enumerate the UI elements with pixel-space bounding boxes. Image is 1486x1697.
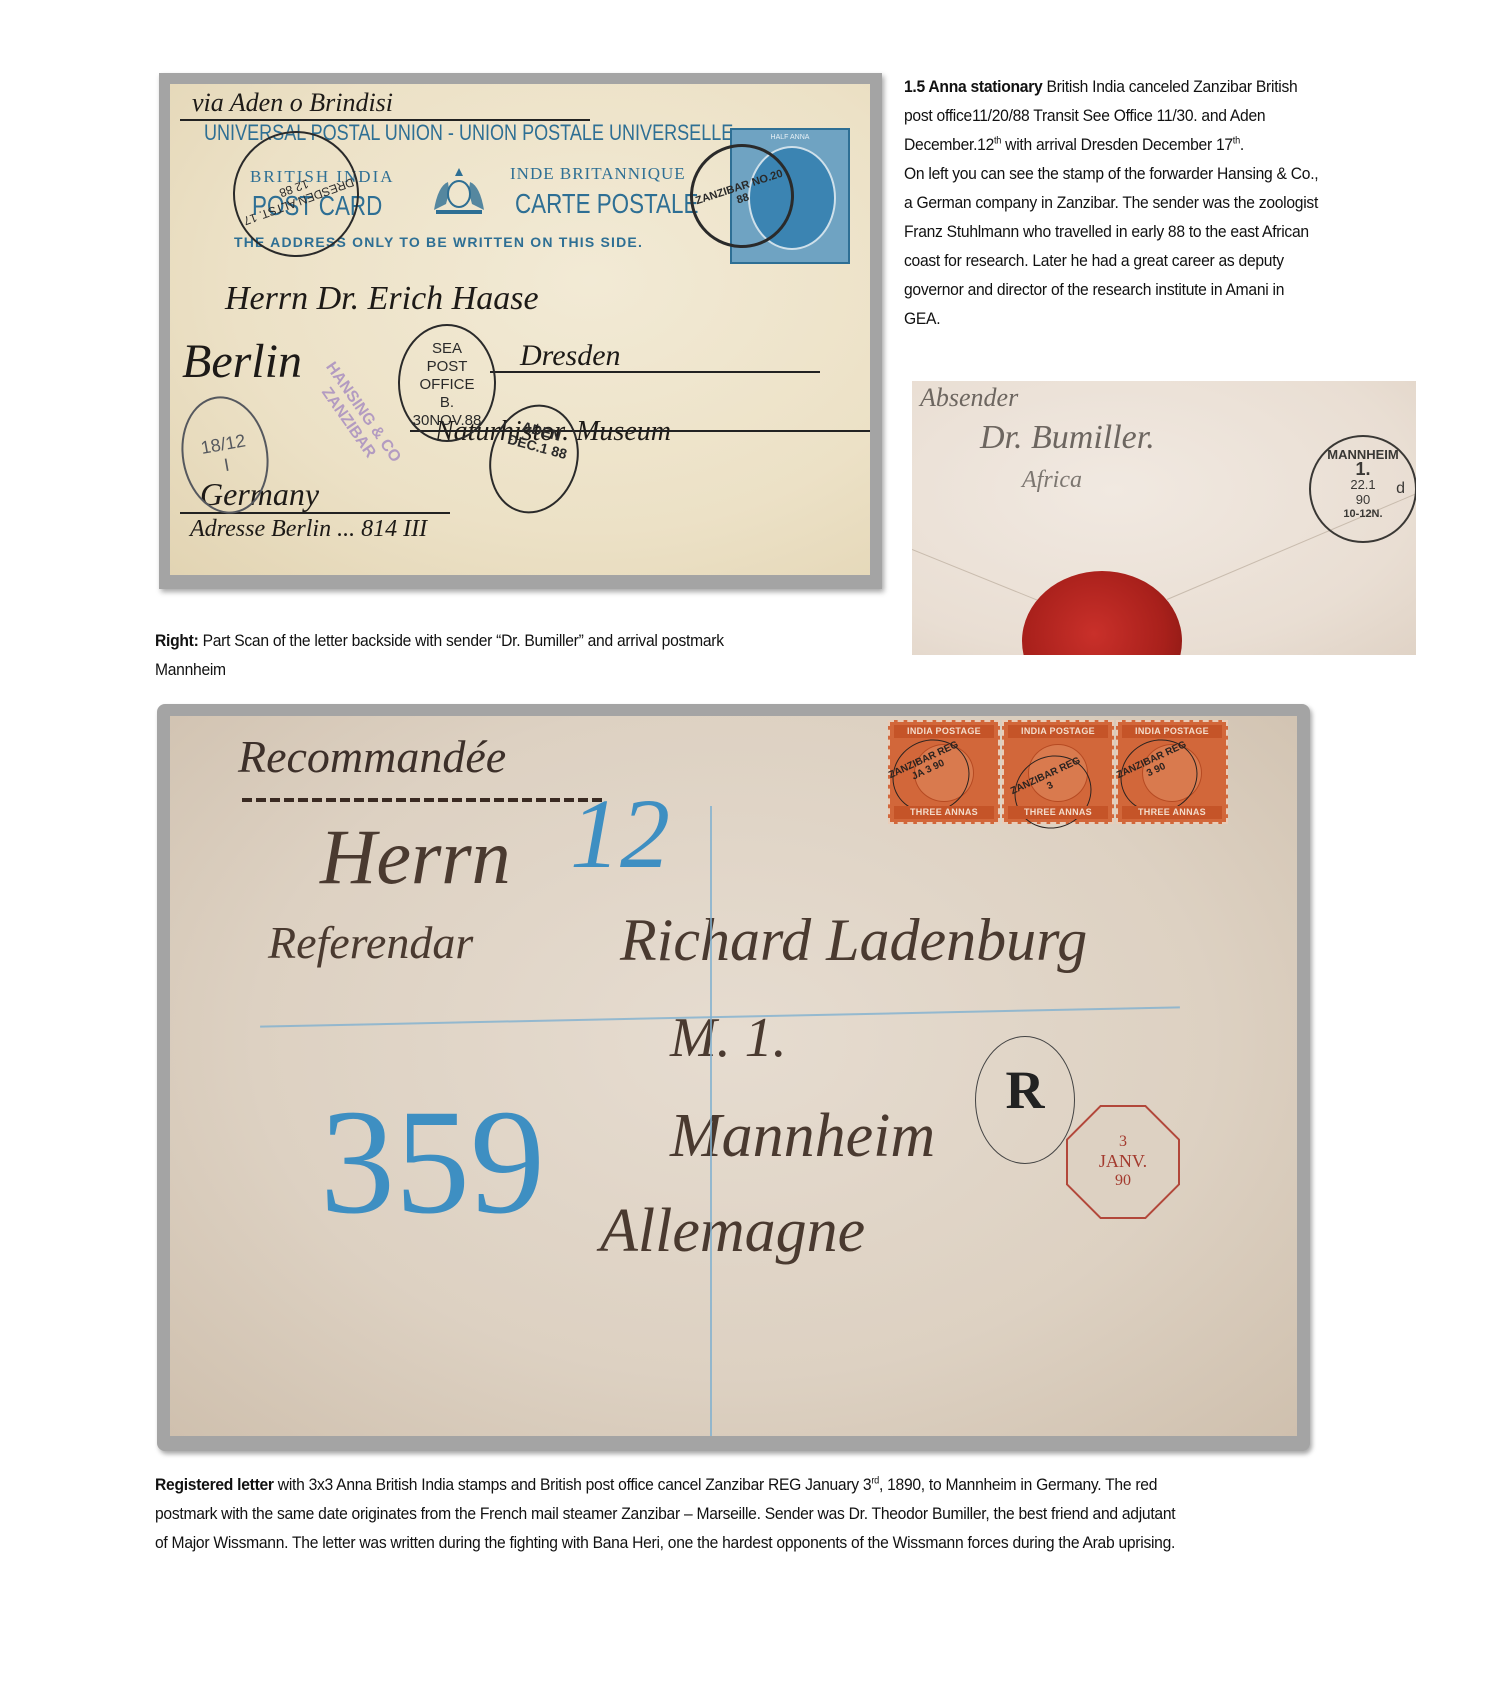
postcard-description: 1.5 Anna stationary British India cancel… — [904, 72, 1419, 333]
sender-line-3: Africa — [1022, 467, 1082, 494]
address-country: Allemagne — [600, 1196, 865, 1267]
wax-seal — [1022, 571, 1182, 655]
blue-pencil-number-359: 359 — [320, 1076, 545, 1248]
registered-letter-frame: Recommandée Herrn Referendar Richard Lad… — [157, 704, 1310, 1451]
address-line-berlin: Berlin — [182, 334, 302, 389]
registration-r-mark: R — [975, 1036, 1075, 1164]
inde-britannique-label: INDE BRITANNIQUE — [510, 164, 686, 184]
postcard-image-frame: via Aden o Brindisi UNIVERSAL POSTAL UNI… — [159, 73, 882, 589]
sender-line-1: Absender — [920, 383, 1018, 413]
sender-line-2: Dr. Bumiller. — [980, 419, 1155, 457]
blue-cross-vertical — [710, 806, 712, 1436]
address-line-dresden: Dresden — [520, 339, 621, 373]
strike-line — [410, 430, 870, 432]
sea-post-office-postmark: SEA POST OFFICE B. 30NOV.88 — [398, 324, 496, 442]
address-line-1: Herrn Dr. Erich Haase — [225, 280, 539, 318]
via-note: via Aden o Brindisi — [192, 88, 393, 118]
address-referendar: Referendar — [268, 916, 473, 969]
address-name: Richard Ladenburg — [620, 906, 1087, 975]
postcard-image: via Aden o Brindisi UNIVERSAL POSTAL UNI… — [170, 84, 870, 575]
coat-of-arms-icon — [426, 164, 492, 218]
strike-line — [490, 371, 820, 373]
letter-backside-image: Absender Dr. Bumiller. Africa MANNHEIM 1… — [912, 381, 1416, 655]
registered-letter-image: Recommandée Herrn Referendar Richard Lad… — [170, 716, 1297, 1436]
blue-pencil-number-top: 12 — [570, 776, 670, 891]
description-title: 1.5 Anna stationary — [904, 77, 1042, 96]
backside-caption: Right: Part Scan of the letter backside … — [155, 626, 817, 684]
mannheim-postmark: MANNHEIM 1. 22.1 90 10-12N. d — [1309, 435, 1416, 543]
recommandee-note: Recommandée — [238, 730, 506, 783]
registered-letter-caption: Registered letter with 3x3 Anna British … — [155, 1470, 1360, 1557]
aden-postmark: ADEN DEC.1 88 — [477, 394, 590, 523]
carte-postale-title: CARTE POSTALE — [515, 188, 698, 220]
stamp-three-annas: INDIA POSTAGE ZANZIBAR REG JA 3 90 THREE… — [888, 720, 1000, 824]
bottom-note: Adresse Berlin ... 814 III — [190, 516, 427, 543]
stamp-three-annas: INDIA POSTAGE ZANZIBAR REG 3 90 THREE AN… — [1116, 720, 1228, 824]
stamp-three-annas: INDIA POSTAGE ZANZIBAR REG 3 THREE ANNAS — [1002, 720, 1114, 824]
address-herrn: Herrn — [320, 812, 511, 902]
recommandee-underline — [242, 798, 602, 802]
